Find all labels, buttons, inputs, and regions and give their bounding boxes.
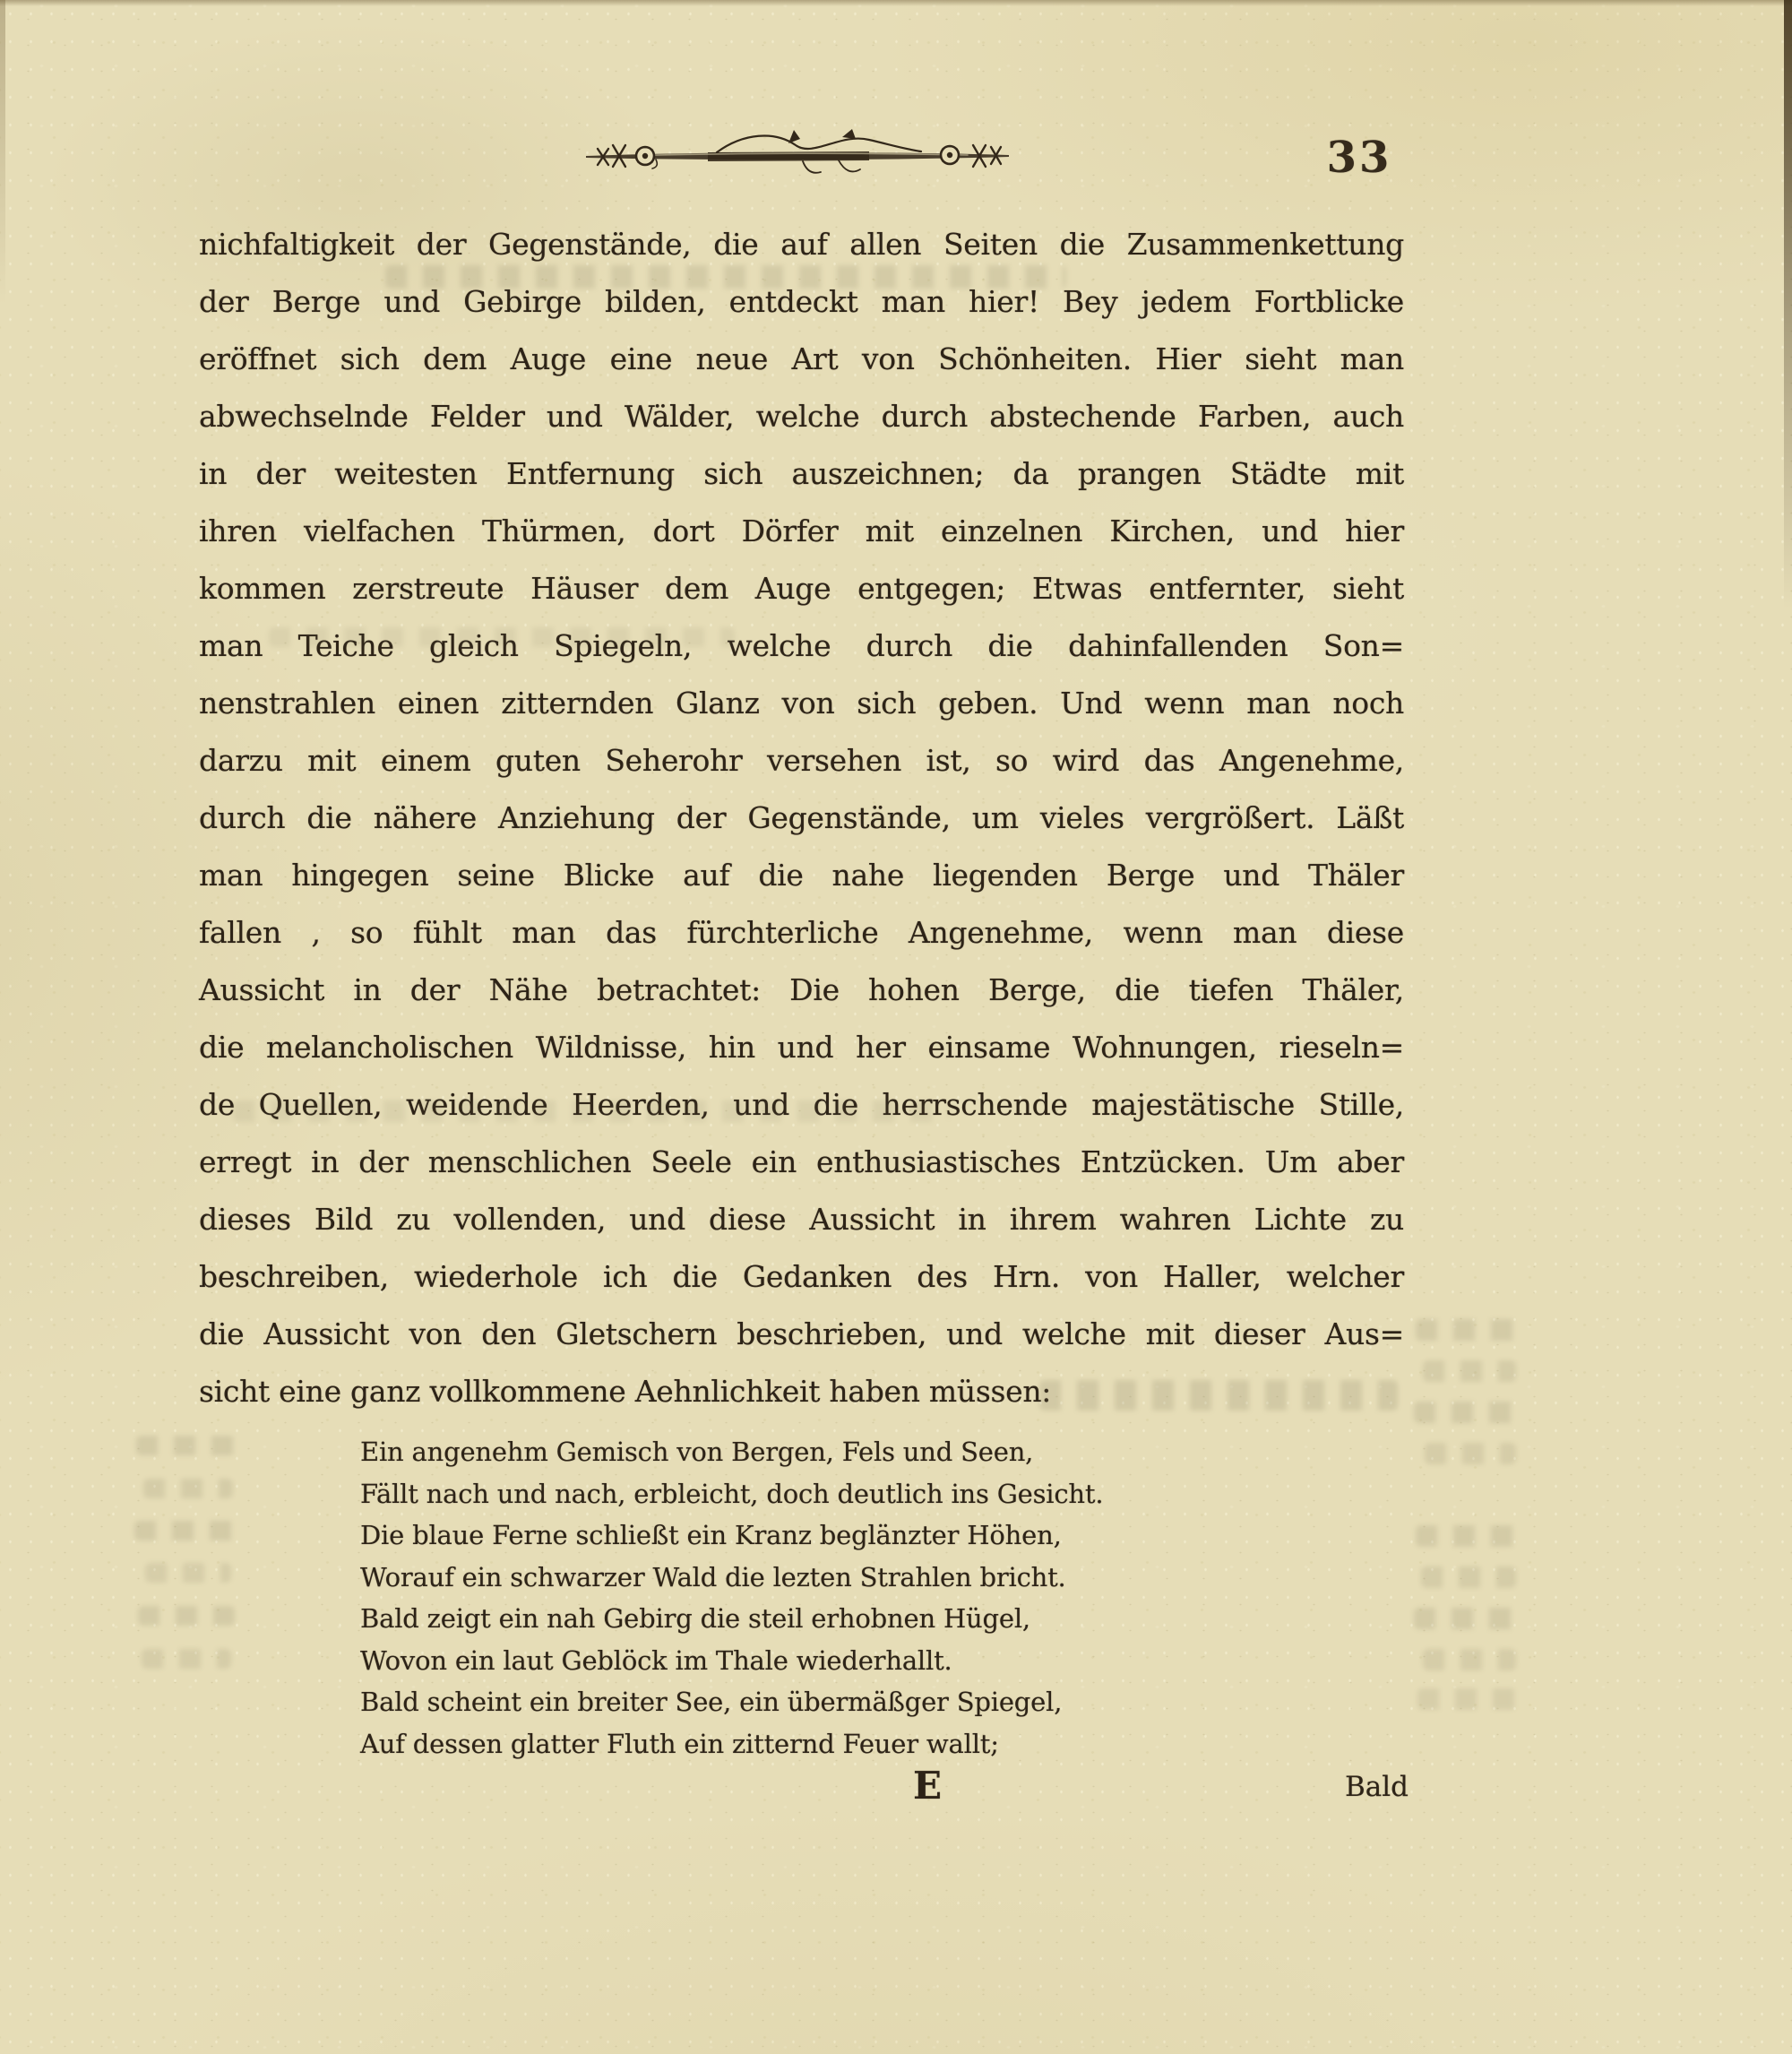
bleedthrough-smudge [134, 1521, 235, 1540]
bleedthrough-smudge [142, 1649, 231, 1669]
text-line: nenstrahlen einen zitternden Glanz von s… [199, 675, 1404, 732]
text-line: abwechselnde Felder und Wälder, welche d… [199, 388, 1404, 445]
poem-line: Wovon ein laut Geblöck im Thale wiederha… [360, 1640, 1426, 1682]
bleedthrough-smudge [1414, 1402, 1521, 1423]
bleedthrough-smudge [1425, 1443, 1516, 1464]
text-line: durch die nähere Anziehung der Gegenstän… [199, 790, 1404, 847]
text-line: Aussicht in der Nähe betrachtet: Die hoh… [199, 962, 1404, 1019]
bleedthrough-smudge [138, 1606, 235, 1626]
text-line: beschreiben, wiederhole ich die Gedanken… [199, 1248, 1404, 1306]
poem-line: Bald scheint ein breiter See, ein übermä… [360, 1681, 1426, 1723]
text-line: darzu mit einem guten Seherohr versehen … [199, 732, 1404, 790]
bleedthrough-smudge [136, 1436, 235, 1455]
poem-line: Fällt nach und nach, erbleicht, doch deu… [360, 1473, 1426, 1515]
text-line: de Quellen, weidende Heerden, und die he… [199, 1076, 1404, 1134]
main-text-block: nichfaltigkeit der Gegenstände, die auf … [199, 216, 1404, 1420]
text-line: kommen zerstreute Häuser dem Auge entgeg… [199, 560, 1404, 617]
text-line: in der weitesten Entfernung sich auszeic… [199, 445, 1404, 503]
poem-line: Auf dessen glatter Fluth ein zitternd Fe… [360, 1723, 1426, 1765]
bleedthrough-smudge [1417, 1688, 1516, 1710]
text-line: fallen , so fühlt man das fürchterliche … [199, 904, 1404, 962]
bleedthrough-smudge [1416, 1319, 1521, 1341]
poem-block: Ein angenehm Gemisch von Bergen, Fels un… [360, 1431, 1426, 1765]
poem-line: Ein angenehm Gemisch von Bergen, Fels un… [360, 1431, 1426, 1473]
text-line: nichfaltigkeit der Gegenstände, die auf … [199, 216, 1404, 273]
bleedthrough-smudge [143, 1479, 233, 1498]
catchword: Bald [1290, 1771, 1409, 1803]
bleedthrough-smudge [1416, 1525, 1520, 1547]
text-line: die melancholischen Wildnisse, hin und h… [199, 1019, 1404, 1076]
text-line: man hingegen seine Blicke auf die nahe l… [199, 847, 1404, 904]
text-line: ihren vielfachen Thürmen, dort Dörfer mi… [199, 503, 1404, 560]
poem-line: Die blaue Ferne schließt ein Kranz beglä… [360, 1515, 1426, 1557]
page-left-edge [0, 0, 5, 305]
bleedthrough-smudge [1421, 1566, 1516, 1588]
text-line: erregt in der menschlichen Seele ein ent… [199, 1134, 1404, 1191]
bleedthrough-smudge [1414, 1608, 1520, 1629]
text-line: die Aussicht von den Gletschern beschrie… [199, 1306, 1404, 1363]
floral-rule-ornament-icon [573, 122, 1021, 186]
text-line: sicht eine ganz vollkommene Aehnlichkeit… [199, 1363, 1404, 1420]
page-number: 33 [1310, 133, 1409, 183]
gathering-signature: E [896, 1764, 959, 1808]
bleedthrough-smudge [145, 1563, 231, 1583]
text-line: der Berge und Gebirge bilden, entdeckt m… [199, 273, 1404, 331]
scanned-book-page: 33 nichfaltigkeit der Gegenstände, die a… [0, 0, 1792, 2054]
bleedthrough-smudge [1423, 1649, 1516, 1670]
page-top-edge [0, 0, 1792, 6]
text-line: man Teiche gleich Spiegeln, welche durch… [199, 617, 1404, 675]
text-line: eröffnet sich dem Auge eine neue Art von… [199, 331, 1404, 388]
page-right-edge [1784, 0, 1792, 609]
text-line: dieses Bild zu vollenden, und diese Auss… [199, 1191, 1404, 1248]
bleedthrough-smudge [1423, 1360, 1516, 1382]
poem-line: Worauf ein schwarzer Wald die lezten Str… [360, 1557, 1426, 1599]
poem-line: Bald zeigt ein nah Gebirg die steil erho… [360, 1598, 1426, 1640]
